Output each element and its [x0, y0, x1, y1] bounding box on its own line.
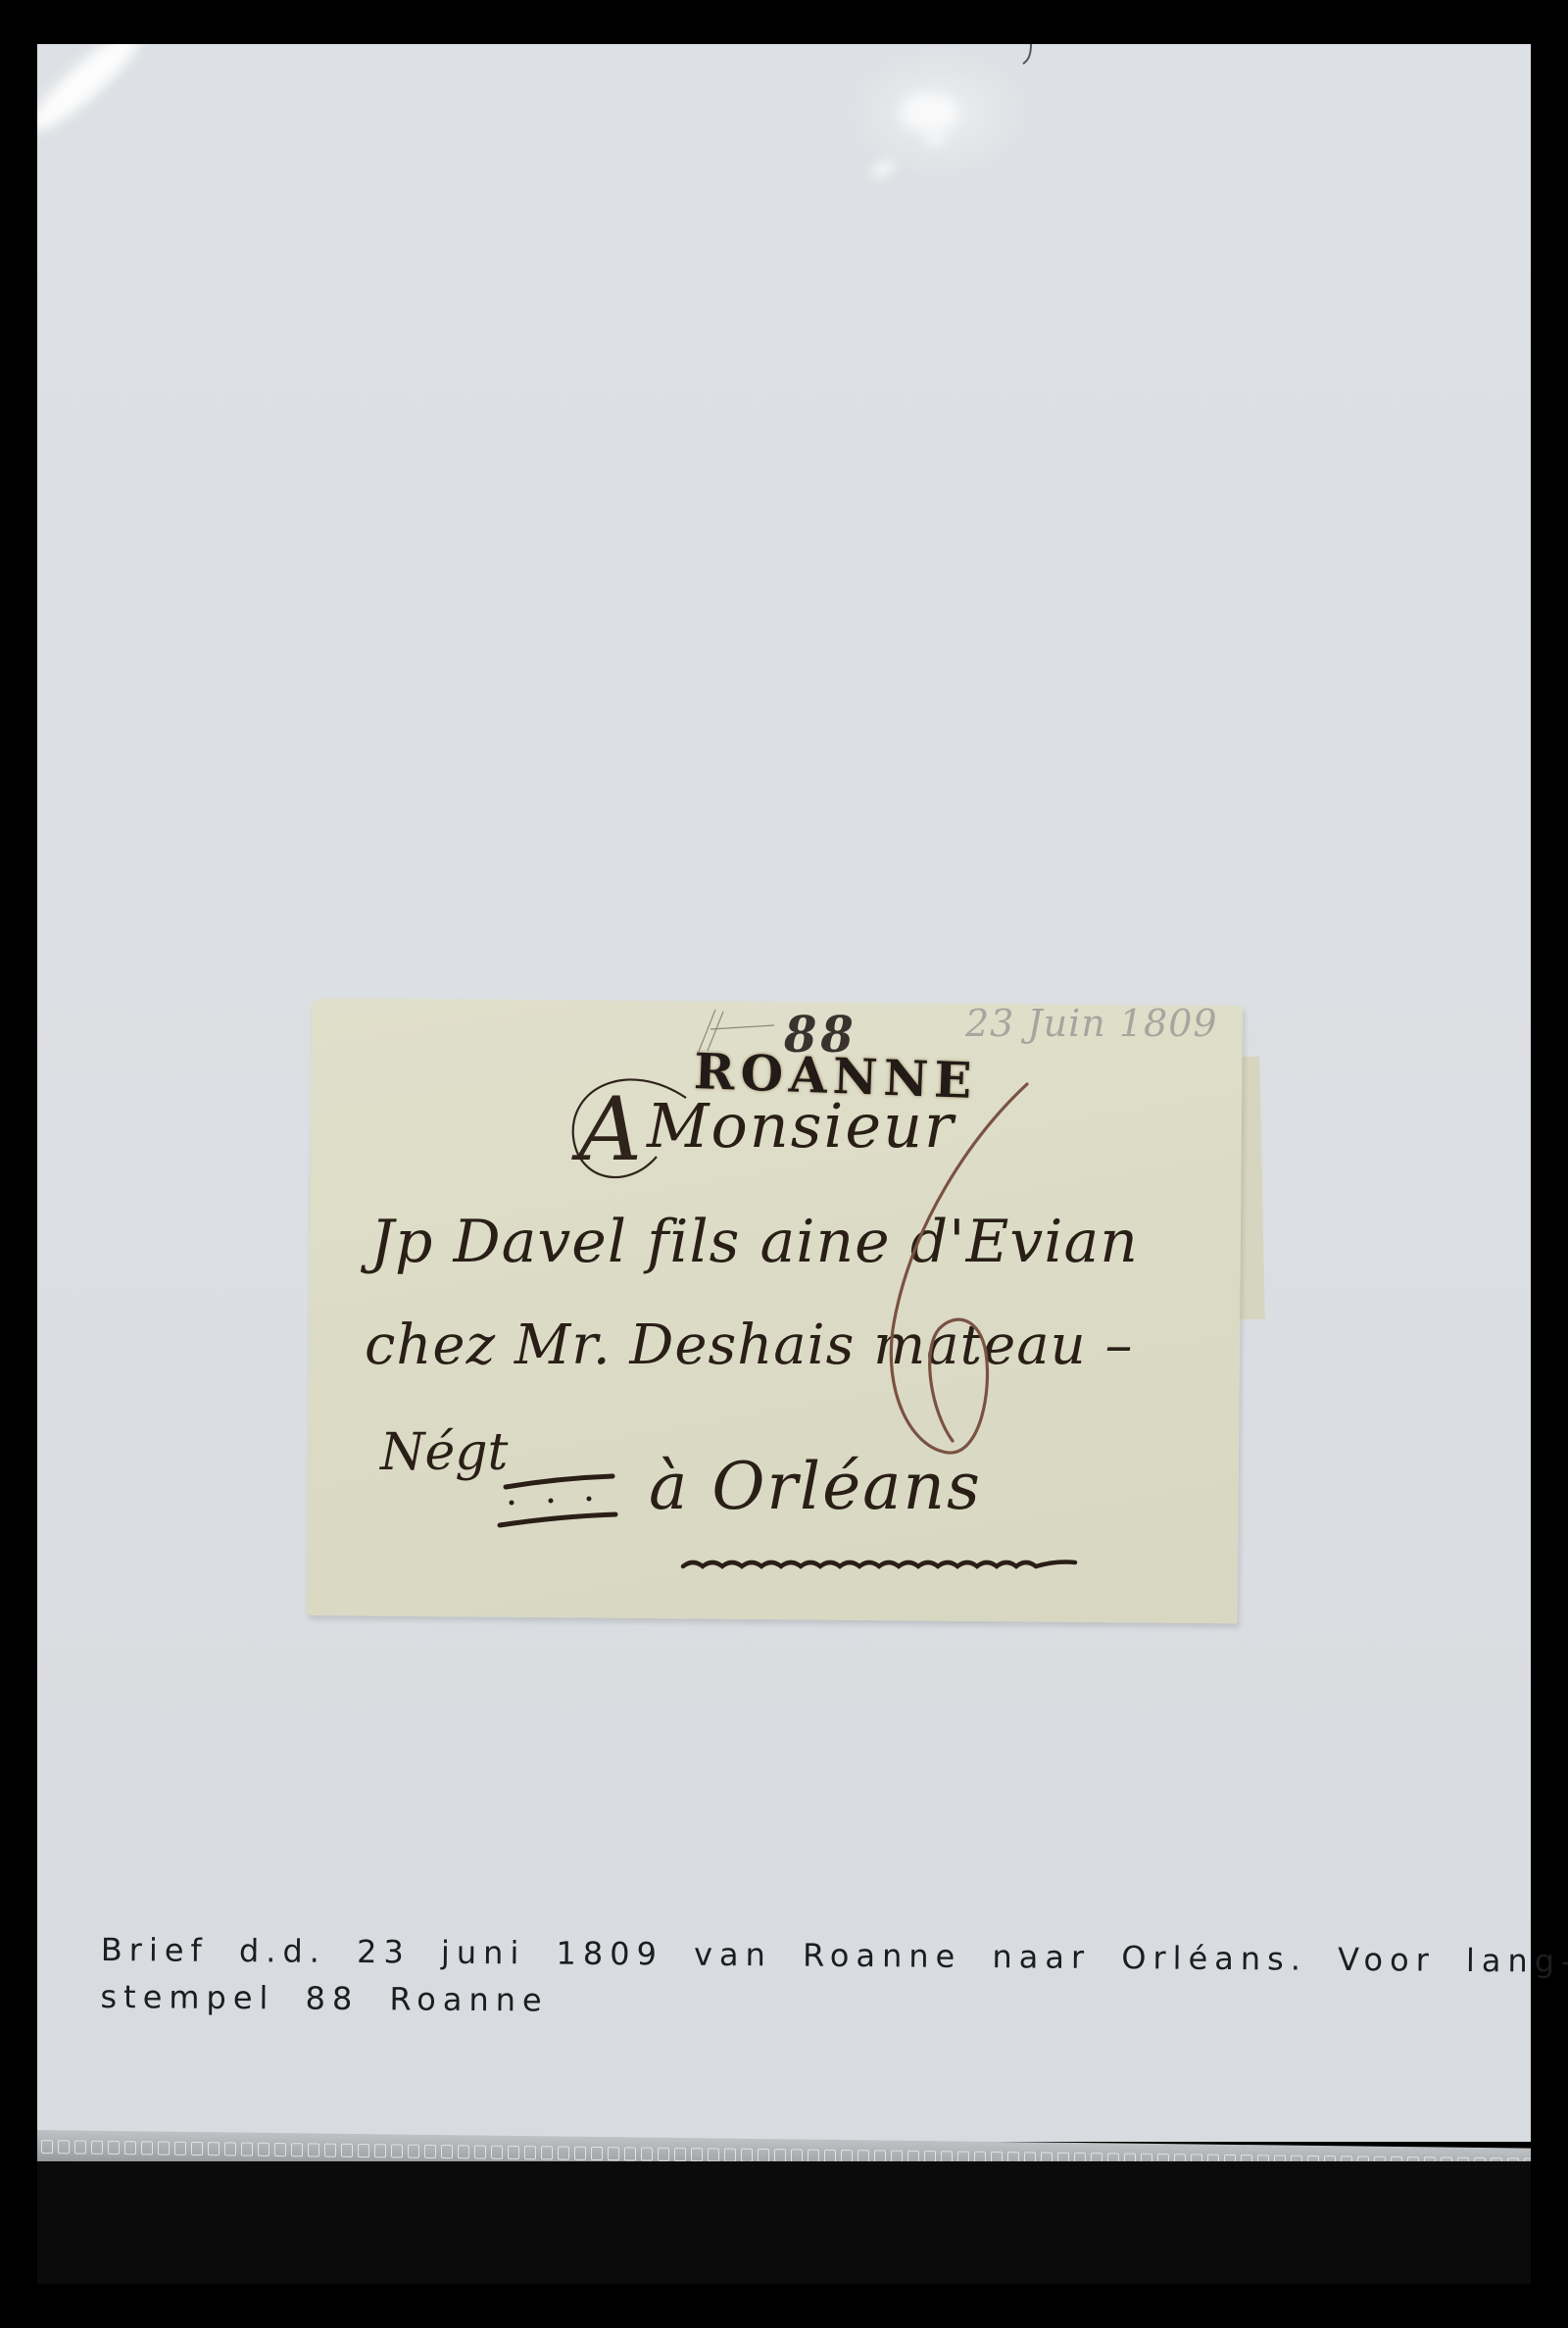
perforation-hole [91, 2141, 103, 2155]
perforation-hole [258, 2143, 269, 2156]
perforation-hole [624, 2147, 636, 2160]
address-prefix: A [578, 1078, 642, 1181]
perforation-hole [74, 2140, 86, 2154]
perforation-hole [391, 2144, 403, 2157]
perforation-hole [674, 2148, 686, 2161]
perforation-hole [724, 2149, 736, 2162]
perforation-hole [758, 2149, 769, 2162]
perforation-hole [224, 2142, 236, 2155]
perforation-hole [541, 2146, 553, 2159]
address-recipient: Jp Davel fils aine d'Evian [370, 1208, 1139, 1276]
perforation-hole [741, 2149, 753, 2162]
light-glare [900, 93, 958, 132]
perforation-hole [174, 2142, 186, 2155]
perforation-hole [241, 2143, 253, 2156]
perforation-hole [158, 2142, 170, 2155]
perforation-hole [524, 2146, 536, 2159]
perforation-hole [141, 2141, 153, 2155]
perforation-hole [341, 2144, 353, 2157]
pencil-date-note: 23 Juin 1809 [965, 1002, 1218, 1045]
address-salutation: Monsieur [647, 1090, 955, 1162]
perforation-hole [708, 2148, 719, 2161]
perforation-hole [108, 2141, 120, 2155]
light-glare [37, 44, 152, 142]
pencil-mark [1017, 44, 1037, 68]
perforation-hole [191, 2142, 203, 2155]
address-destination: à Orléans [649, 1449, 982, 1524]
perforation-hole [458, 2145, 469, 2158]
perforation-hole [358, 2144, 369, 2157]
perforation-hole [408, 2145, 419, 2158]
perforation-hole [608, 2147, 619, 2160]
perforation-hole [324, 2144, 336, 2157]
perforation-hole [508, 2146, 519, 2159]
perforation-hole [691, 2148, 703, 2161]
perforation-hole [574, 2147, 586, 2160]
perforation-hole [474, 2145, 486, 2158]
perforation-hole [274, 2143, 286, 2156]
perforation-hole [424, 2145, 436, 2158]
perforation-hole [658, 2148, 669, 2161]
perforation-hole [291, 2143, 303, 2156]
perforation-hole [558, 2146, 569, 2159]
perforation-hole [441, 2145, 453, 2158]
perforation-hole [208, 2142, 220, 2155]
address-occupation: Négt [380, 1423, 508, 1482]
perforation-hole [641, 2148, 653, 2161]
perforation-hole [591, 2147, 603, 2160]
album-caption: Brief d.d. 23 juni 1809 van Roanne naar … [100, 1926, 1453, 2031]
perforation-hole [58, 2140, 70, 2154]
perforation-hole [491, 2146, 503, 2159]
perforation-hole [374, 2144, 386, 2157]
perforation-hole [308, 2143, 319, 2156]
perforation-hole [124, 2141, 136, 2155]
background-shadow [37, 2161, 1531, 2284]
perforation-hole [41, 2140, 53, 2154]
light-glare [924, 132, 946, 144]
address-care-of: chez Mr. Deshais mateau – [365, 1313, 1134, 1377]
